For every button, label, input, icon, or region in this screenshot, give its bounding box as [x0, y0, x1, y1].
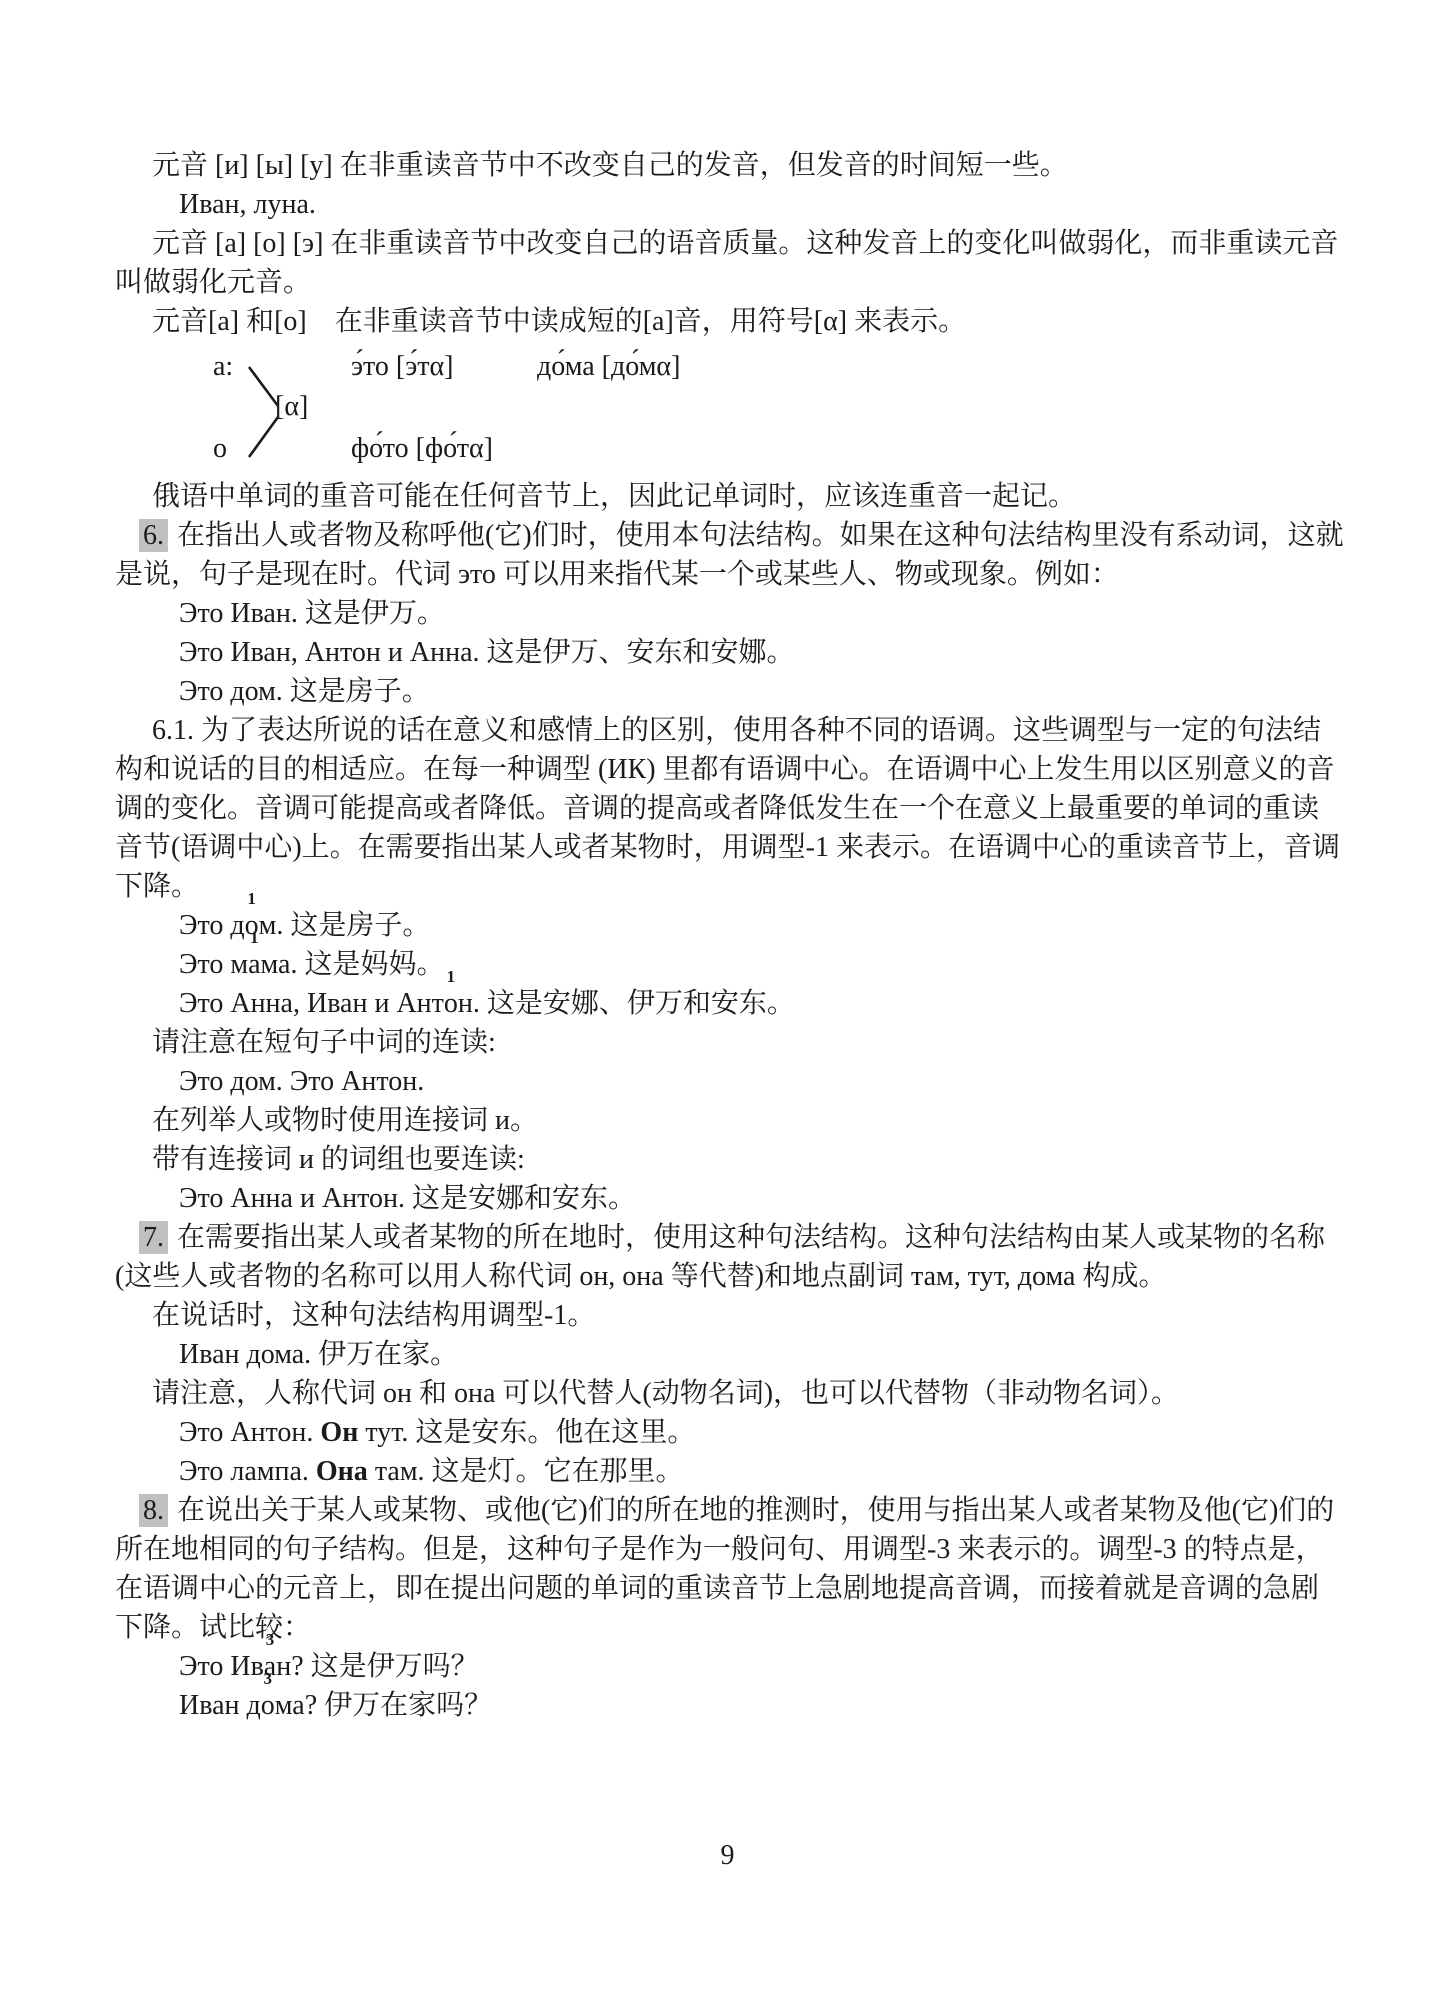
vowel-reduction-diagram: a: [α] o э́то [э́тα] до́ма [до́мα] фо́то… [115, 351, 1345, 473]
section-7-text: 在需要指出某人或者某物的所在地时，使用这种句法结构。这种句法结构由某人或某物的名… [115, 1222, 1325, 1292]
section-6-text: 在指出人或者物及称呼他(它)们时，使用本句法结构。如果在这种句法结构里没有系动词… [115, 520, 1344, 590]
diagram-word-foto: фо́то [фо́тα] [351, 429, 493, 468]
section-6: 6.在指出人或者物及称呼他(它)们时，使用本句法结构。如果在这种句法结构里没有系… [115, 516, 1345, 594]
example-ik3-doma: Иван д3ома? 伊万在家吗？ [115, 1686, 1345, 1725]
example-text: Это Анна, Иван и Ант [179, 988, 444, 1019]
paragraph-short-a-symbol: 元音[a] 和[o] 在非重读音节中读成短的[a]音，用符号[α] 来表示。 [115, 302, 1345, 341]
example-ik3-ivan: Это Ив3ан? 这是伊万吗？ [115, 1647, 1345, 1686]
page-number: 9 [0, 1836, 1455, 1875]
example-text: тут. 这是安东。他在这里。 [358, 1417, 695, 1448]
example-text: Это лампа. [179, 1456, 316, 1487]
example-eto-dom: Это дом. 这是房子。 [115, 672, 1345, 711]
example-text: там. 这是灯。它在那里。 [368, 1456, 684, 1487]
diagram-word-doma: до́ма [до́мα] [537, 347, 680, 386]
paragraph-conjunction-i-liaison: 带有连接词 и 的词组也要连读: [115, 1140, 1345, 1179]
example-ik1-mama: Это м1ама. 这是妈妈。 [115, 945, 1345, 984]
section-8: 8.在说出关于某人或某物、或他(它)们的所在地的推测时，使用与指出某人或者某物及… [115, 1491, 1345, 1647]
letter: о [261, 1690, 275, 1721]
example-on-tut: Это Антон. Он тут. 这是安东。他在这里。 [115, 1413, 1345, 1452]
example-liaison: Это дом. Это Антон. [115, 1062, 1345, 1101]
paragraph-unstressed-vowels-same: 元音 [и] [ы] [у] 在非重读音节中不改变自己的发音，但发音的时间短一些… [115, 146, 1345, 185]
paragraph-stress-note: 俄语中单词的重音可能在任何音节上，因此记单词时，应该连重音一起记。 [115, 477, 1345, 516]
paragraph-conjunction-i: 在列举人或物时使用连接词 и。 [115, 1101, 1345, 1140]
textbook-page: 元音 [и] [ы] [у] 在非重读音节中不改变自己的发音，但发音的时间短一些… [0, 0, 1455, 2000]
example-ivan-luna: Иван, луна. [115, 185, 1345, 224]
diagram-word-eto: э́то [э́тα] [351, 347, 453, 386]
example-anna-i-anton: Это Анна и Антон. 这是安娜和安东。 [115, 1179, 1345, 1218]
section-7: 7.在需要指出某人或者某物的所在地时，使用这种句法结构。这种句法结构由某人或某物… [115, 1218, 1345, 1296]
diagram-label-o: o [213, 429, 227, 468]
example-text: ма. 这是妈妈。 [261, 949, 445, 980]
paragraph-pronouns: 请注意，人称代词 он 和 она 可以代替人(动物名词)，也可以代替物（非动物… [115, 1374, 1345, 1413]
example-ik1-anton: Это Анна, Иван и Ант1он. 这是安娜、伊万和安东。 [115, 984, 1345, 1023]
example-ona-tam: Это лампа. Она там. 这是灯。它在那里。 [115, 1452, 1345, 1491]
intonation-mark-1: 1 [447, 968, 456, 985]
intonation-mark-1: 1 [247, 890, 256, 907]
example-text: Это д [179, 910, 245, 941]
letter: о [444, 988, 458, 1019]
stressed-letter: 1о [444, 984, 458, 1023]
section-6-1-paragraph: 6.1. 为了表达所说的话在意义和感情上的区别，使用各种不同的语调。这些调型与一… [115, 711, 1345, 906]
section-8-text: 在说出关于某人或某物、或他(它)们的所在地的推测时，使用与指出某人或者某物及他(… [115, 1495, 1334, 1643]
example-text: Это Антон. [179, 1417, 320, 1448]
example-text: н. 这是安娜、伊万和安东。 [458, 988, 795, 1019]
bold-pronoun: Он [320, 1417, 358, 1448]
diagram-vertex-alpha: [α] [275, 387, 308, 426]
stressed-letter: 3о [261, 1686, 275, 1725]
example-text: м. 这是房子。 [259, 910, 431, 941]
intonation-mark-1: 1 [250, 929, 259, 946]
bold-pronoun: Она [316, 1456, 368, 1487]
paragraph-vowel-reduction: 元音 [а] [о] [э] 在非重读音节中改变自己的语音质量。这种发音上的变化… [115, 224, 1345, 302]
intonation-mark-3: 3 [266, 1631, 275, 1648]
section-6-number: 6. [139, 519, 168, 552]
paragraph-ik1-usage: 在说话时，这种句法结构用调型-1。 [115, 1296, 1345, 1335]
example-text: Это м [179, 949, 248, 980]
example-text: Иван д [179, 1690, 261, 1721]
example-eto-ivan: Это Иван. 这是伊万。 [115, 594, 1345, 633]
section-8-number: 8. [139, 1494, 168, 1527]
example-text: Это Ив [179, 1651, 264, 1682]
example-eto-ivan-anton-anna: Это Иван, Антон и Анна. 这是伊万、安东和安娜。 [115, 633, 1345, 672]
example-ik1-dom: Это д1ом. 这是房子。 [115, 906, 1345, 945]
example-text: н? 这是伊万吗？ [276, 1651, 478, 1682]
diagram-label-a: a: [213, 347, 233, 386]
letter: а [248, 949, 260, 980]
paragraph-liaison-note: 请注意在短句子中词的连读: [115, 1023, 1345, 1062]
diagram-arrow-lines [115, 351, 355, 473]
intonation-mark-3: 3 [263, 1670, 272, 1687]
example-ivan-doma: Иван дома. 伊万在家。 [115, 1335, 1345, 1374]
section-7-number: 7. [139, 1221, 168, 1254]
example-text: ма? 伊万在家吗？ [275, 1690, 492, 1721]
stressed-letter: 1а [248, 945, 260, 984]
